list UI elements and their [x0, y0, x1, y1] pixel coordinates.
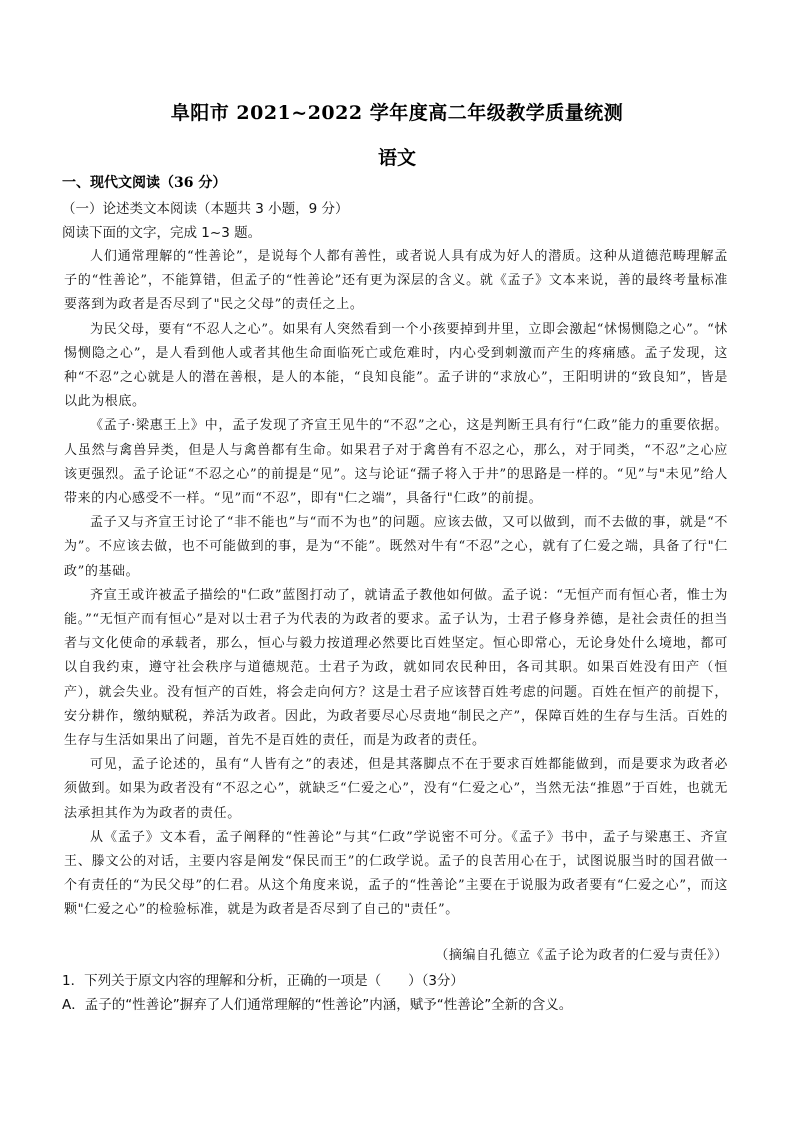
passage-paragraph: 齐宣王或许被孟子描绘的"仁政”蓝图打动了，就请孟子教他如何做。孟子说：“无恒产而…: [64, 584, 728, 753]
question-option-a: A．孟子的“性善论”摒弃了人们通常理解的“性善论”内涵，赋予“性善论”全新的含义…: [62, 993, 572, 1013]
subject-title: 语文: [0, 143, 794, 170]
passage-source: （摘编自孔德立《孟子论为政者的仁爱与责任》）: [435, 944, 728, 963]
section-heading: 一、现代文阅读（36 分）: [62, 172, 226, 192]
passage-paragraph: 《孟子·梁惠王上》中，孟子发现了齐宣王见牛的“不忍”之心，这是判断王具有行“仁政…: [64, 414, 728, 511]
exam-title: 阜阳市 2021~2022 学年度高二年级教学质量统测: [0, 98, 794, 125]
passage-paragraph: 可见，孟子论述的，虽有“人皆有之”的表述，但是其落脚点不在于要求百姓都能做到，而…: [64, 753, 728, 826]
exam-page: 阜阳市 2021~2022 学年度高二年级教学质量统测 语文 一、现代文阅读（3…: [0, 0, 794, 1123]
reading-instruction: 阅读下面的文字，完成 1~3 题。: [62, 221, 261, 241]
subsection-heading: （一）论述类文本阅读（本题共 3 小题，9 分）: [62, 197, 349, 217]
passage-paragraph: 孟子又与齐宣王讨论了“非不能也”与“而不为也”的问题。应该去做，又可以做到，而不…: [64, 511, 728, 584]
passage-paragraph: 从《孟子》文本看，孟子阐释的“性善论”与其“仁政”学说密不可分。《孟子》书中，孟…: [64, 826, 728, 923]
reading-passage: 人们通常理解的“性善论”，是说每个人都有善性，或者说人具有成为好人的潜质。这种从…: [64, 245, 728, 923]
question-stem: 1．下列关于原文内容的理解和分析，正确的一项是（ ）（3分）: [62, 969, 464, 989]
passage-paragraph: 人们通常理解的“性善论”，是说每个人都有善性，或者说人具有成为好人的潜质。这种从…: [64, 245, 728, 318]
passage-paragraph: 为民父母，要有“不忍人之心”。如果有人突然看到一个小孩要掉到井里，立即会激起“怵…: [64, 318, 728, 415]
